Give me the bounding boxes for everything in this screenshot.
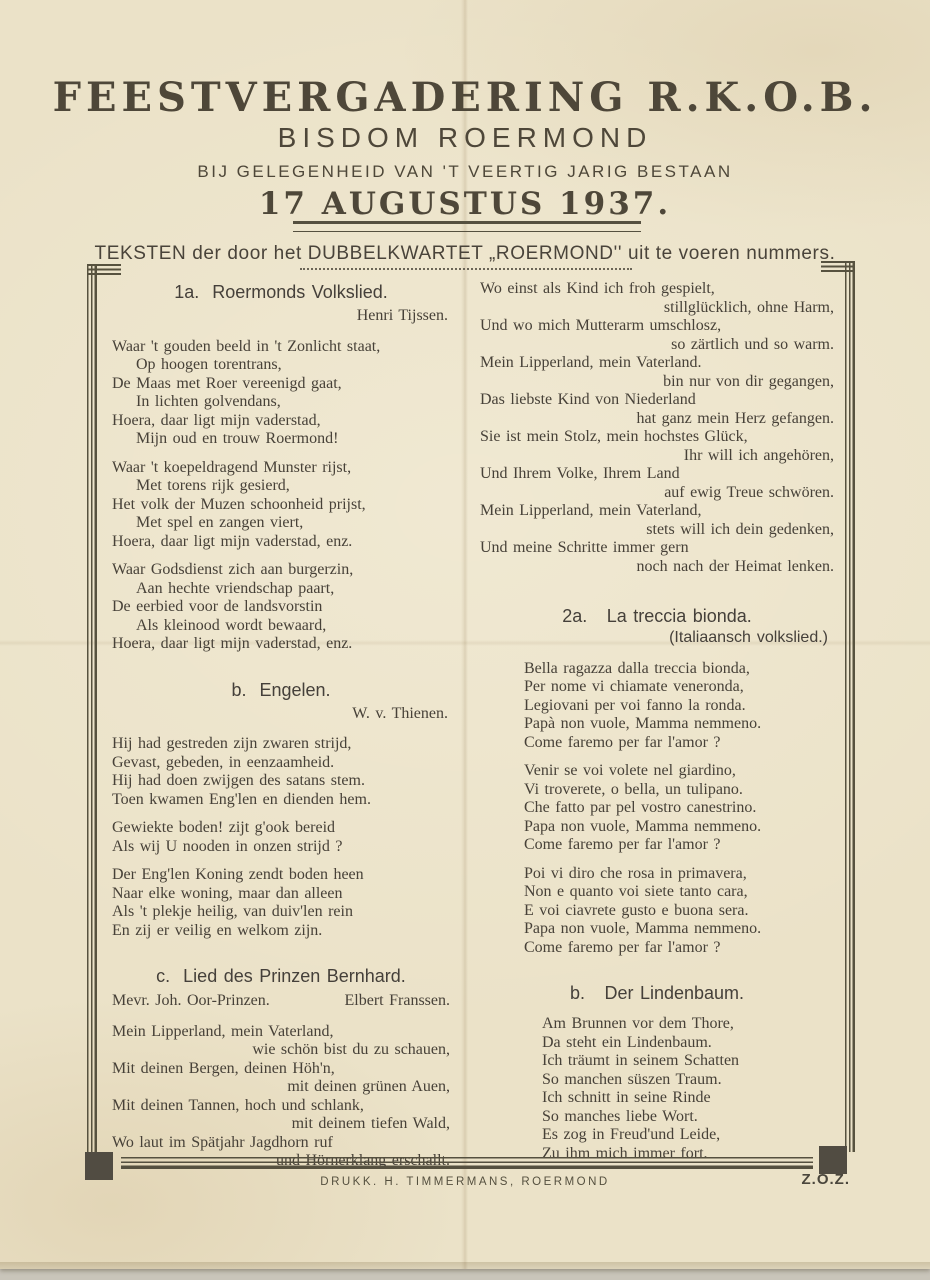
poem-line: noch nach der Heimat lenken. — [480, 558, 834, 577]
poem-line: Vi troverete, o bella, un tulipano. — [524, 781, 834, 800]
poem-line: Mein Lipperland, mein Vaterland, — [112, 1023, 450, 1042]
section-roermonds-volkslied: 1a. Roermonds Volkslied. Henri Tijssen. … — [112, 282, 450, 654]
poem-line: Come faremo per far l'amor ? — [524, 734, 834, 753]
left-border-cap — [87, 264, 121, 275]
poem-line: Waar 't gouden beeld in 't Zonlicht staa… — [112, 338, 450, 357]
poem-line: Met spel en zangen viert, — [112, 514, 450, 533]
poem-line: Come faremo per far l'amor ? — [524, 939, 834, 958]
poem-line: Das liebste Kind von Niederland — [480, 391, 834, 410]
stanza: Waar 't gouden beeld in 't Zonlicht staa… — [112, 338, 450, 449]
poem-line: wie schön bist du zu schauen, — [112, 1041, 450, 1060]
poem-text: Waar 't gouden beeld in 't Zonlicht staa… — [112, 338, 450, 654]
poem-line: Ich träumt in seinem Schatten — [542, 1052, 834, 1071]
stanza: Mein Lipperland, mein Vaterland,wie schö… — [112, 1023, 450, 1171]
poem-text: Wo einst als Kind ich froh gespielt,stil… — [480, 280, 834, 576]
poem-line: Mijn oud en trouw Roermond! — [112, 430, 450, 449]
stanza: Hij had gestreden zijn zwaren strijd,Gev… — [112, 735, 450, 809]
poem-line: Papa non vuole, Mamma nemmeno. — [524, 818, 834, 837]
poem-line: So manchen süszen Traum. — [542, 1071, 834, 1090]
poem-text: Mein Lipperland, mein Vaterland,wie schö… — [112, 1023, 450, 1171]
poem-line: Hoera, daar ligt mijn vaderstad, enz. — [112, 635, 450, 654]
page-title: FEESTVERGADERING R.K.O.B. — [0, 76, 930, 120]
stanza: Venir se voi volete nel giardino,Vi trov… — [480, 762, 834, 855]
poem-line: auf ewig Treue schwören. — [480, 484, 834, 503]
stanza: Am Brunnen vor dem Thore,Da steht ein Li… — [480, 1015, 834, 1163]
stanza: Poi vi diro che rosa in primavera,Non e … — [480, 865, 834, 958]
poem-text: Am Brunnen vor dem Thore,Da steht ein Li… — [480, 1015, 834, 1163]
poem-line: Waar 't koepeldragend Munster rijst, — [112, 459, 450, 478]
page-subtitle: BISDOM ROERMOND — [0, 122, 930, 154]
poem-line: Wo einst als Kind ich froh gespielt, — [480, 280, 834, 299]
poem-line: In lichten golvendans, — [112, 393, 450, 412]
poem-line: En zij er veilig en welkom zijn. — [112, 922, 450, 941]
poem-line: So manches liebe Wort. — [542, 1108, 834, 1127]
poem-line: Waar Godsdienst zich aan burgerzin, — [112, 561, 450, 580]
left-column: 1a. Roermonds Volkslied. Henri Tijssen. … — [112, 282, 450, 1171]
event-date: 17 AUGUSTUS 1937. — [0, 187, 930, 221]
poem-line: De eerbied voor de landsvorstin — [112, 598, 450, 617]
poem-line: Mein Lipperland, mein Vaterland, — [480, 502, 834, 521]
left-border-rule — [87, 266, 97, 1152]
section-heading: 1a. Roermonds Volkslied. — [112, 282, 450, 302]
poem-line: Hij had gestreden zijn zwaren strijd, — [112, 735, 450, 754]
stanza: Waar 't koepeldragend Munster rijst,Met … — [112, 459, 450, 552]
section-subheading: (Italiaansch volkslied.) — [480, 629, 834, 648]
section-heading: b. Engelen. — [112, 680, 450, 700]
poem-line: Wo laut im Spätjahr Jagdhorn ruf — [112, 1134, 450, 1153]
author-credit-left: Mevr. Joh. Oor-Prinzen. — [112, 992, 270, 1011]
section-engelen: b. Engelen. W. v. Thienen. Hij had gestr… — [112, 680, 450, 941]
poem-line: Gevast, gebeden, in eenzaamheid. — [112, 754, 450, 773]
authors-row: Mevr. Joh. Oor-Prinzen. Elbert Franssen. — [112, 992, 450, 1011]
poem-line: Mein Lipperland, mein Vaterland. — [480, 354, 834, 373]
poem-line: Hoera, daar ligt mijn vaderstad, enz. — [112, 533, 450, 552]
stanza: Bella ragazza dalla treccia bionda,Per n… — [480, 660, 834, 753]
poem-line: Het volk der Muzen schoonheid prijst, — [112, 496, 450, 515]
corner-square-right — [819, 1146, 847, 1174]
section-heading: b. Der Lindenbaum. — [480, 983, 834, 1003]
poem-line: Gewiekte boden! zijt g'ook bereid — [112, 819, 450, 838]
poem-line: Ihr will ich angehören, — [480, 447, 834, 466]
turn-over-note: Z.O.Z. — [802, 1171, 851, 1188]
stanza: Wo einst als Kind ich froh gespielt,stil… — [480, 280, 834, 576]
poem-text: Hij had gestreden zijn zwaren strijd,Gev… — [112, 735, 450, 940]
poem-line: Hij had doen zwijgen des satans stem. — [112, 772, 450, 791]
poem-line: Hoera, daar ligt mijn vaderstad, — [112, 412, 450, 431]
poem-line: Papà non vuole, Mamma nemmeno. — [524, 715, 834, 734]
right-border-cap — [821, 261, 855, 272]
poem-line: hat ganz mein Herz gefangen. — [480, 410, 834, 429]
poem-line: mit deinen grünen Auen, — [112, 1078, 450, 1097]
poem-line: Am Brunnen vor dem Thore, — [542, 1015, 834, 1034]
section-lied-continuation: Wo einst als Kind ich froh gespielt,stil… — [480, 280, 834, 576]
poem-line: Met torens rijk gesierd, — [112, 477, 450, 496]
poem-line: Und Ihrem Volke, Ihrem Land — [480, 465, 834, 484]
section-heading: 2a. La treccia bionda. — [480, 606, 834, 626]
right-column: Wo einst als Kind ich froh gespielt,stil… — [480, 280, 834, 1163]
footer-rule — [121, 1157, 813, 1169]
poem-line: stets will ich dein gedenken, — [480, 521, 834, 540]
poem-line: Che fatto par pel vostro canestrino. — [524, 799, 834, 818]
poem-line: Come faremo per far l'amor ? — [524, 836, 834, 855]
section-la-treccia-bionda: 2a. La treccia bionda. (Italiaansch volk… — [480, 606, 834, 957]
right-border-rule — [845, 263, 855, 1152]
poem-line: Da steht ein Lindenbaum. — [542, 1034, 834, 1053]
poem-line: stillglücklich, ohne Harm, — [480, 299, 834, 318]
stanza: Gewiekte boden! zijt g'ook bereidAls wij… — [112, 819, 450, 856]
poem-line: Und meine Schritte immer gern — [480, 539, 834, 558]
section-lied-des-prinzen-bernhard: c. Lied des Prinzen Bernhard. Mevr. Joh.… — [112, 966, 450, 1171]
poem-line: bin nur von dir gegangen, — [480, 373, 834, 392]
poem-line: Toen kwamen Eng'len en dienden hem. — [112, 791, 450, 810]
poem-line: Per nome vi chiamate veneronda, — [524, 678, 834, 697]
poem-line: mit deinem tiefen Wald, — [112, 1115, 450, 1134]
occasion-line: BIJ GELEGENHEID VAN 'T VEERTIG JARIG BES… — [0, 162, 930, 182]
stanza: Waar Godsdienst zich aan burgerzin,Aan h… — [112, 561, 450, 654]
poem-line: Als 't plekje heilig, van duiv'len rein — [112, 903, 450, 922]
poem-line: Als wij U nooden in onzen strijd ? — [112, 838, 450, 857]
poem-line: Es zog in Freud'und Leide, — [542, 1126, 834, 1145]
author-credit-right: Elbert Franssen. — [345, 992, 450, 1011]
poem-line: De Maas met Roer vereenigd gaat, — [112, 375, 450, 394]
poem-line: Op hoogen torentrans, — [112, 356, 450, 375]
teksten-line: TEKSTEN der door het DUBBELKWARTET „ROER… — [0, 243, 930, 265]
author-credit: Henri Tijssen. — [112, 307, 450, 326]
poem-line: Papa non vuole, Mamma nemmeno. — [524, 920, 834, 939]
poem-line: Non e quanto voi siete tanto cara, — [524, 883, 834, 902]
poem-text: Bella ragazza dalla treccia bionda,Per n… — [480, 660, 834, 958]
stanza: Der Eng'len Koning zendt boden heenNaar … — [112, 866, 450, 940]
printer-credit: DRUKK. H. TIMMERMANS, ROERMOND — [0, 1176, 930, 1188]
poem-line: E voi ciavrete gusto e buona sera. — [524, 902, 834, 921]
poem-line: Sie ist mein Stolz, mein hochstes Glück, — [480, 428, 834, 447]
paper-bottom-edge — [0, 1262, 930, 1269]
flyer-page: FEESTVERGADERING R.K.O.B. BISDOM ROERMON… — [0, 0, 930, 1269]
poem-line: Venir se voi volete nel giardino, — [524, 762, 834, 781]
date-underline-rule — [293, 221, 641, 232]
poem-line: Bella ragazza dalla treccia bionda, — [524, 660, 834, 679]
poem-line: Mit deinen Bergen, deinen Höh'n, — [112, 1060, 450, 1079]
poem-line: Naar elke woning, maar dan alleen — [112, 885, 450, 904]
poem-line: Poi vi diro che rosa in primavera, — [524, 865, 834, 884]
section-der-lindenbaum: b. Der Lindenbaum. Am Brunnen vor dem Th… — [480, 983, 834, 1163]
poem-line: Aan hechte vriendschap paart, — [112, 580, 450, 599]
poem-line: Und wo mich Mutterarm umschlosz, — [480, 317, 834, 336]
poem-line: Als kleinood wordt bewaard, — [112, 617, 450, 636]
poem-line: Mit deinen Tannen, hoch und schlank, — [112, 1097, 450, 1116]
poem-line: Ich schnitt in seine Rinde — [542, 1089, 834, 1108]
poem-line: Der Eng'len Koning zendt boden heen — [112, 866, 450, 885]
dotted-divider-rule — [300, 268, 632, 270]
poem-line: so zärtlich und so warm. — [480, 336, 834, 355]
poem-line: Legiovani per voi fanno la ronda. — [524, 697, 834, 716]
section-heading: c. Lied des Prinzen Bernhard. — [112, 966, 450, 986]
author-credit: W. v. Thienen. — [112, 705, 450, 724]
